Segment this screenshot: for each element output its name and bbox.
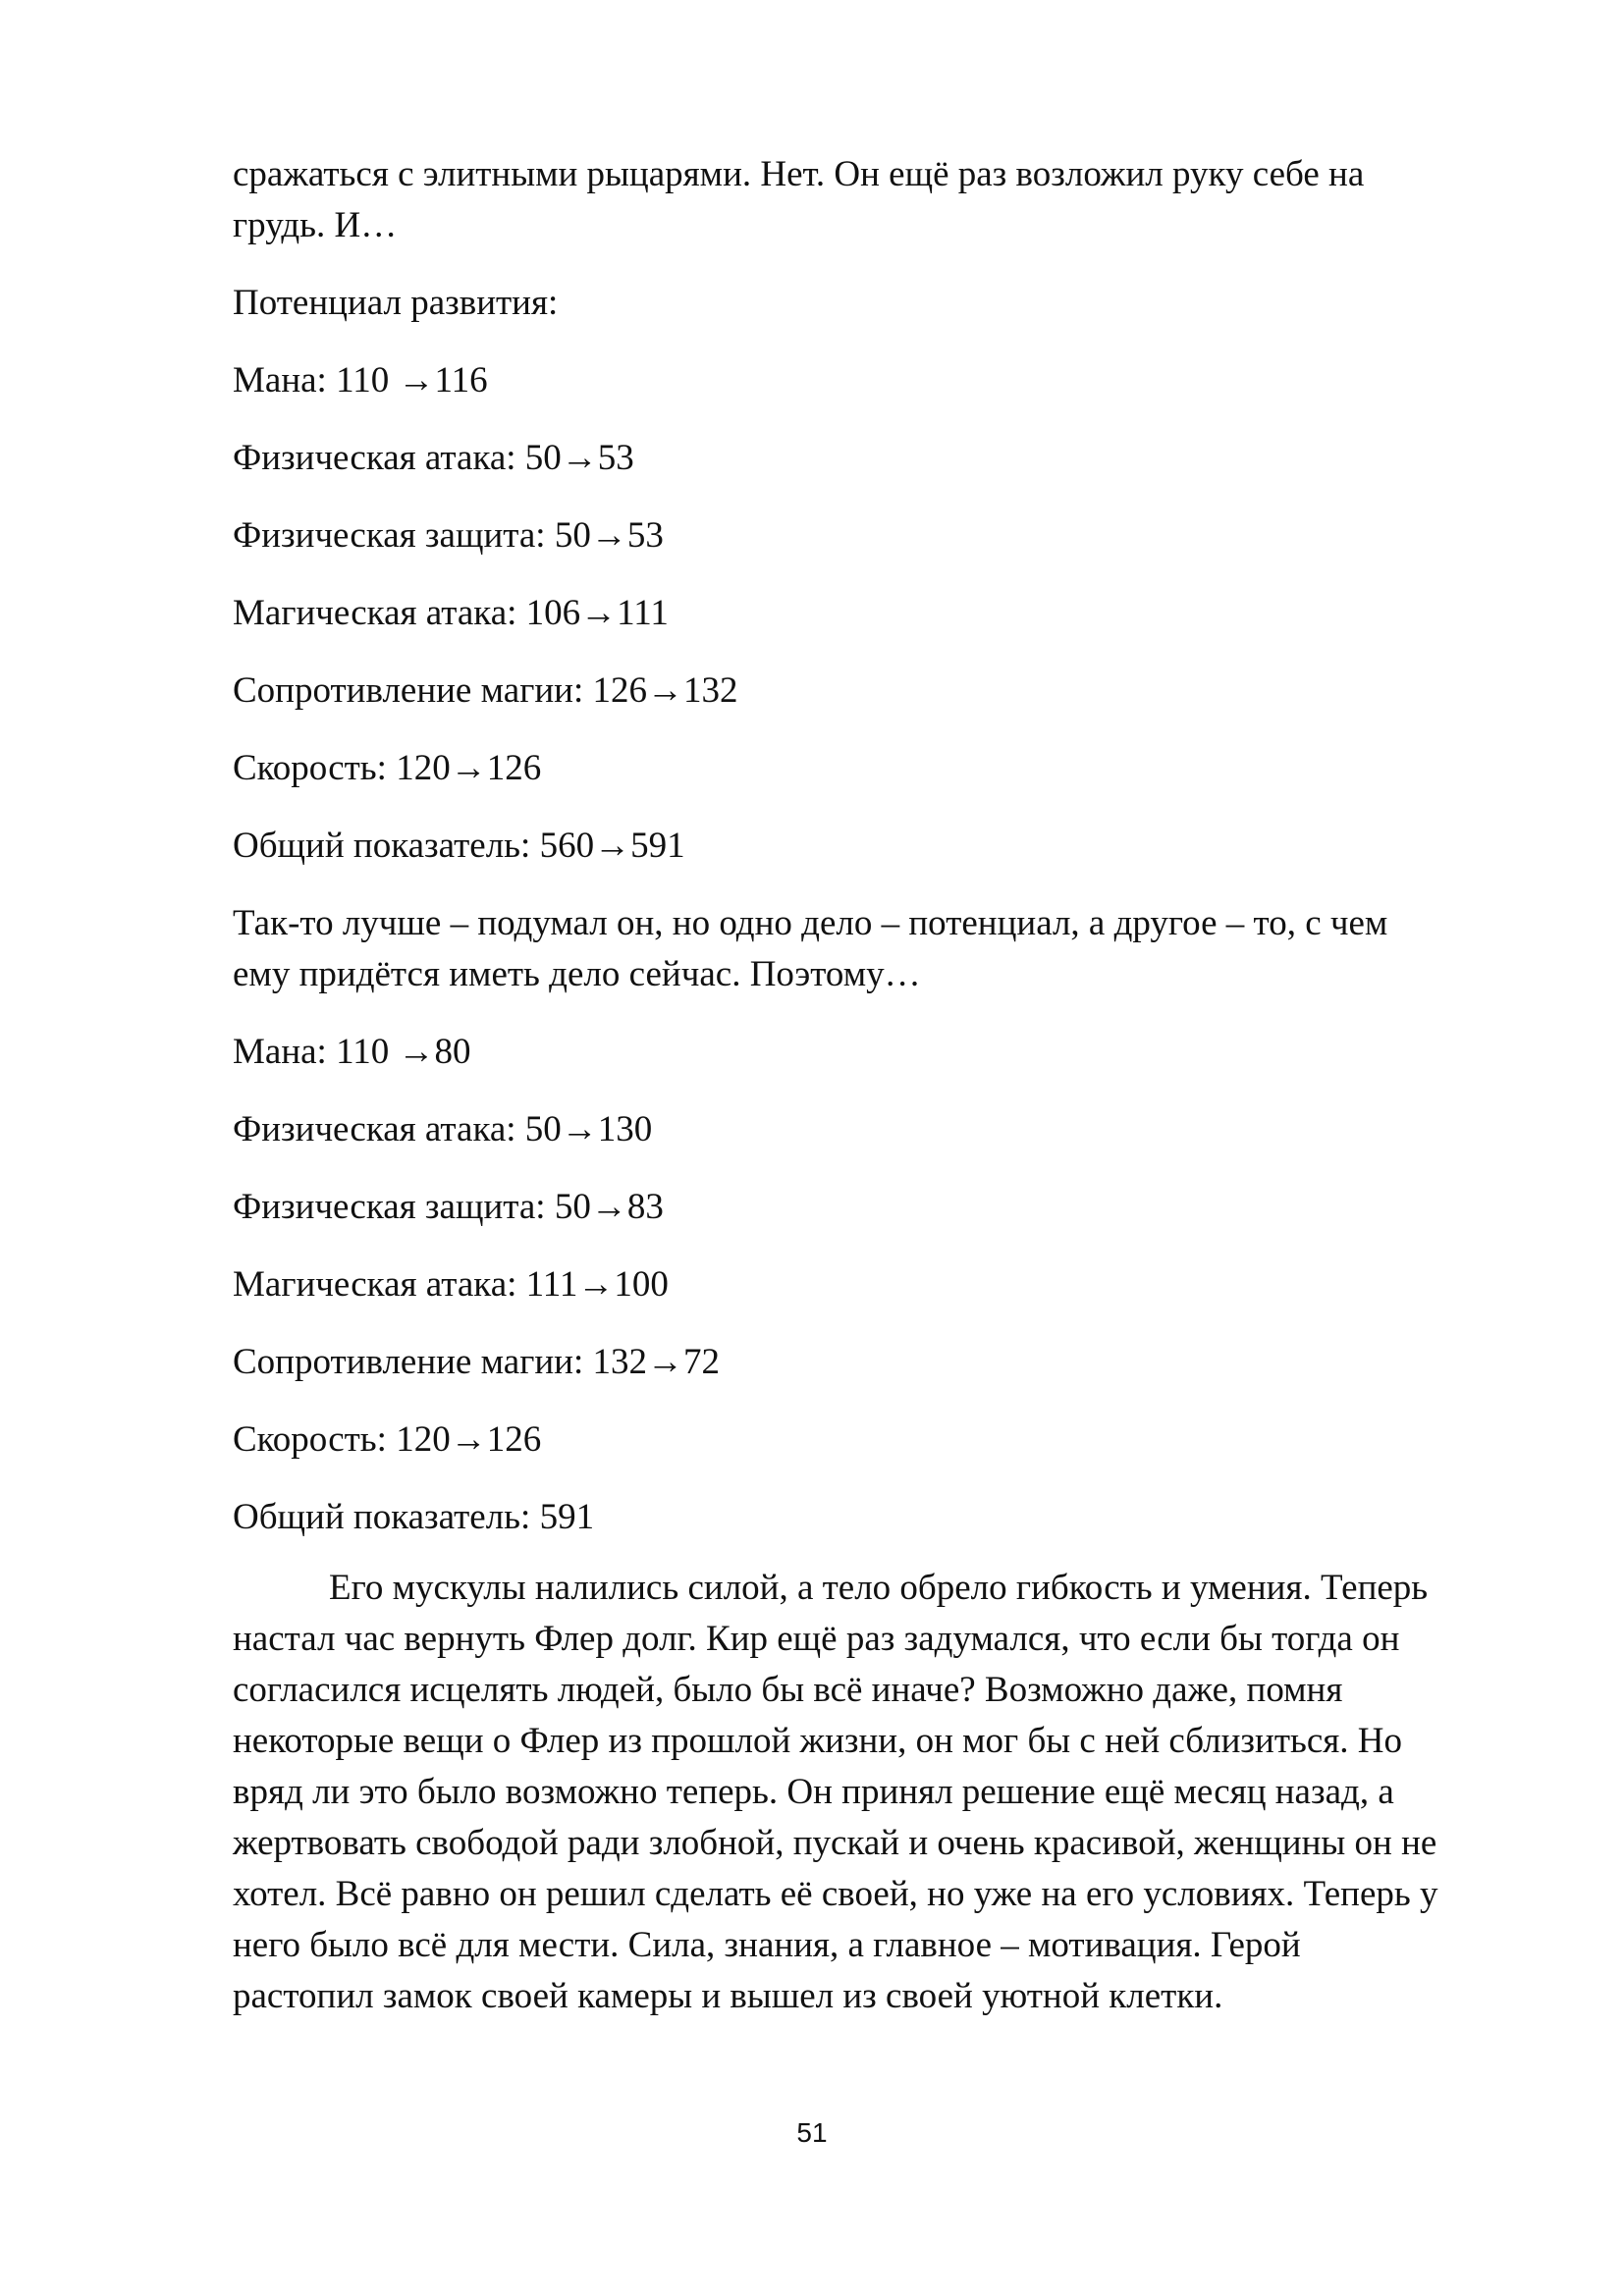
text-line: некоторые вещи о Флер из прошлой жизни, … <box>233 1716 1519 1767</box>
stat-line-magic-resistance: Сопротивление магии: 132→72 <box>233 1337 1519 1388</box>
stat-line-total: Общий показатель: 591 <box>233 1492 1519 1543</box>
text-line: согласился исцелять людей, было бы всё и… <box>233 1665 1519 1716</box>
text-line: вряд ли это было возможно теперь. Он при… <box>233 1767 1519 1818</box>
page-number: 51 <box>0 2117 1624 2149</box>
stat-line-physical-defense: Физическая защита: 50→53 <box>233 510 1519 561</box>
opening-paragraph: сражаться с элитными рыцарями. Нет. Он е… <box>233 149 1519 251</box>
current-stats-list: Мана: 110 →80 Физическая атака: 50→130 Ф… <box>233 1027 1519 1543</box>
document-page: сражаться с элитными рыцарями. Нет. Он е… <box>0 0 1624 2296</box>
text-line: него было всё для мести. Сила, знания, а… <box>233 1920 1519 1971</box>
potential-stats-list: Мана: 110 →116 Физическая атака: 50→53 Ф… <box>233 355 1519 872</box>
text-line: настал час вернуть Флер долг. Кир ещё ра… <box>233 1614 1519 1665</box>
text-line: Его мускулы налились силой, а тело обрел… <box>233 1563 1519 1614</box>
potential-heading: Потенциал развития: <box>233 278 1519 329</box>
text-line: сражаться с элитными рыцарями. Нет. Он е… <box>233 149 1519 200</box>
text-line: растопил замок своей камеры и вышел из с… <box>233 1971 1519 2022</box>
text-line: хотел. Всё равно он решил сделать её сво… <box>233 1869 1519 1920</box>
stat-line-magic-attack: Магическая атака: 111→100 <box>233 1259 1519 1310</box>
closing-paragraph: Его мускулы налились силой, а тело обрел… <box>233 1563 1519 2022</box>
text-line: Так-то лучше – подумал он, но одно дело … <box>233 898 1519 949</box>
stat-line-mana: Мана: 110 →116 <box>233 355 1519 406</box>
middle-paragraph: Так-то лучше – подумал он, но одно дело … <box>233 898 1519 1000</box>
stat-line-speed: Скорость: 120→126 <box>233 1415 1519 1466</box>
text-line: грудь. И… <box>233 200 1519 251</box>
stat-line-mana: Мана: 110 →80 <box>233 1027 1519 1078</box>
stat-line-physical-attack: Физическая атака: 50→53 <box>233 433 1519 484</box>
stat-line-total: Общий показатель: 560→591 <box>233 821 1519 872</box>
page-body: сражаться с элитными рыцарями. Нет. Он е… <box>233 149 1519 2022</box>
stat-line-physical-defense: Физическая защита: 50→83 <box>233 1182 1519 1233</box>
stat-line-magic-resistance: Сопротивление магии: 126→132 <box>233 666 1519 717</box>
stat-line-magic-attack: Магическая атака: 106→111 <box>233 588 1519 639</box>
text-line: ему придётся иметь дело сейчас. Поэтому… <box>233 949 1519 1000</box>
stat-line-physical-attack: Физическая атака: 50→130 <box>233 1104 1519 1155</box>
stat-line-speed: Скорость: 120→126 <box>233 743 1519 794</box>
text-line: жертвовать свободой ради злобной, пускай… <box>233 1818 1519 1869</box>
